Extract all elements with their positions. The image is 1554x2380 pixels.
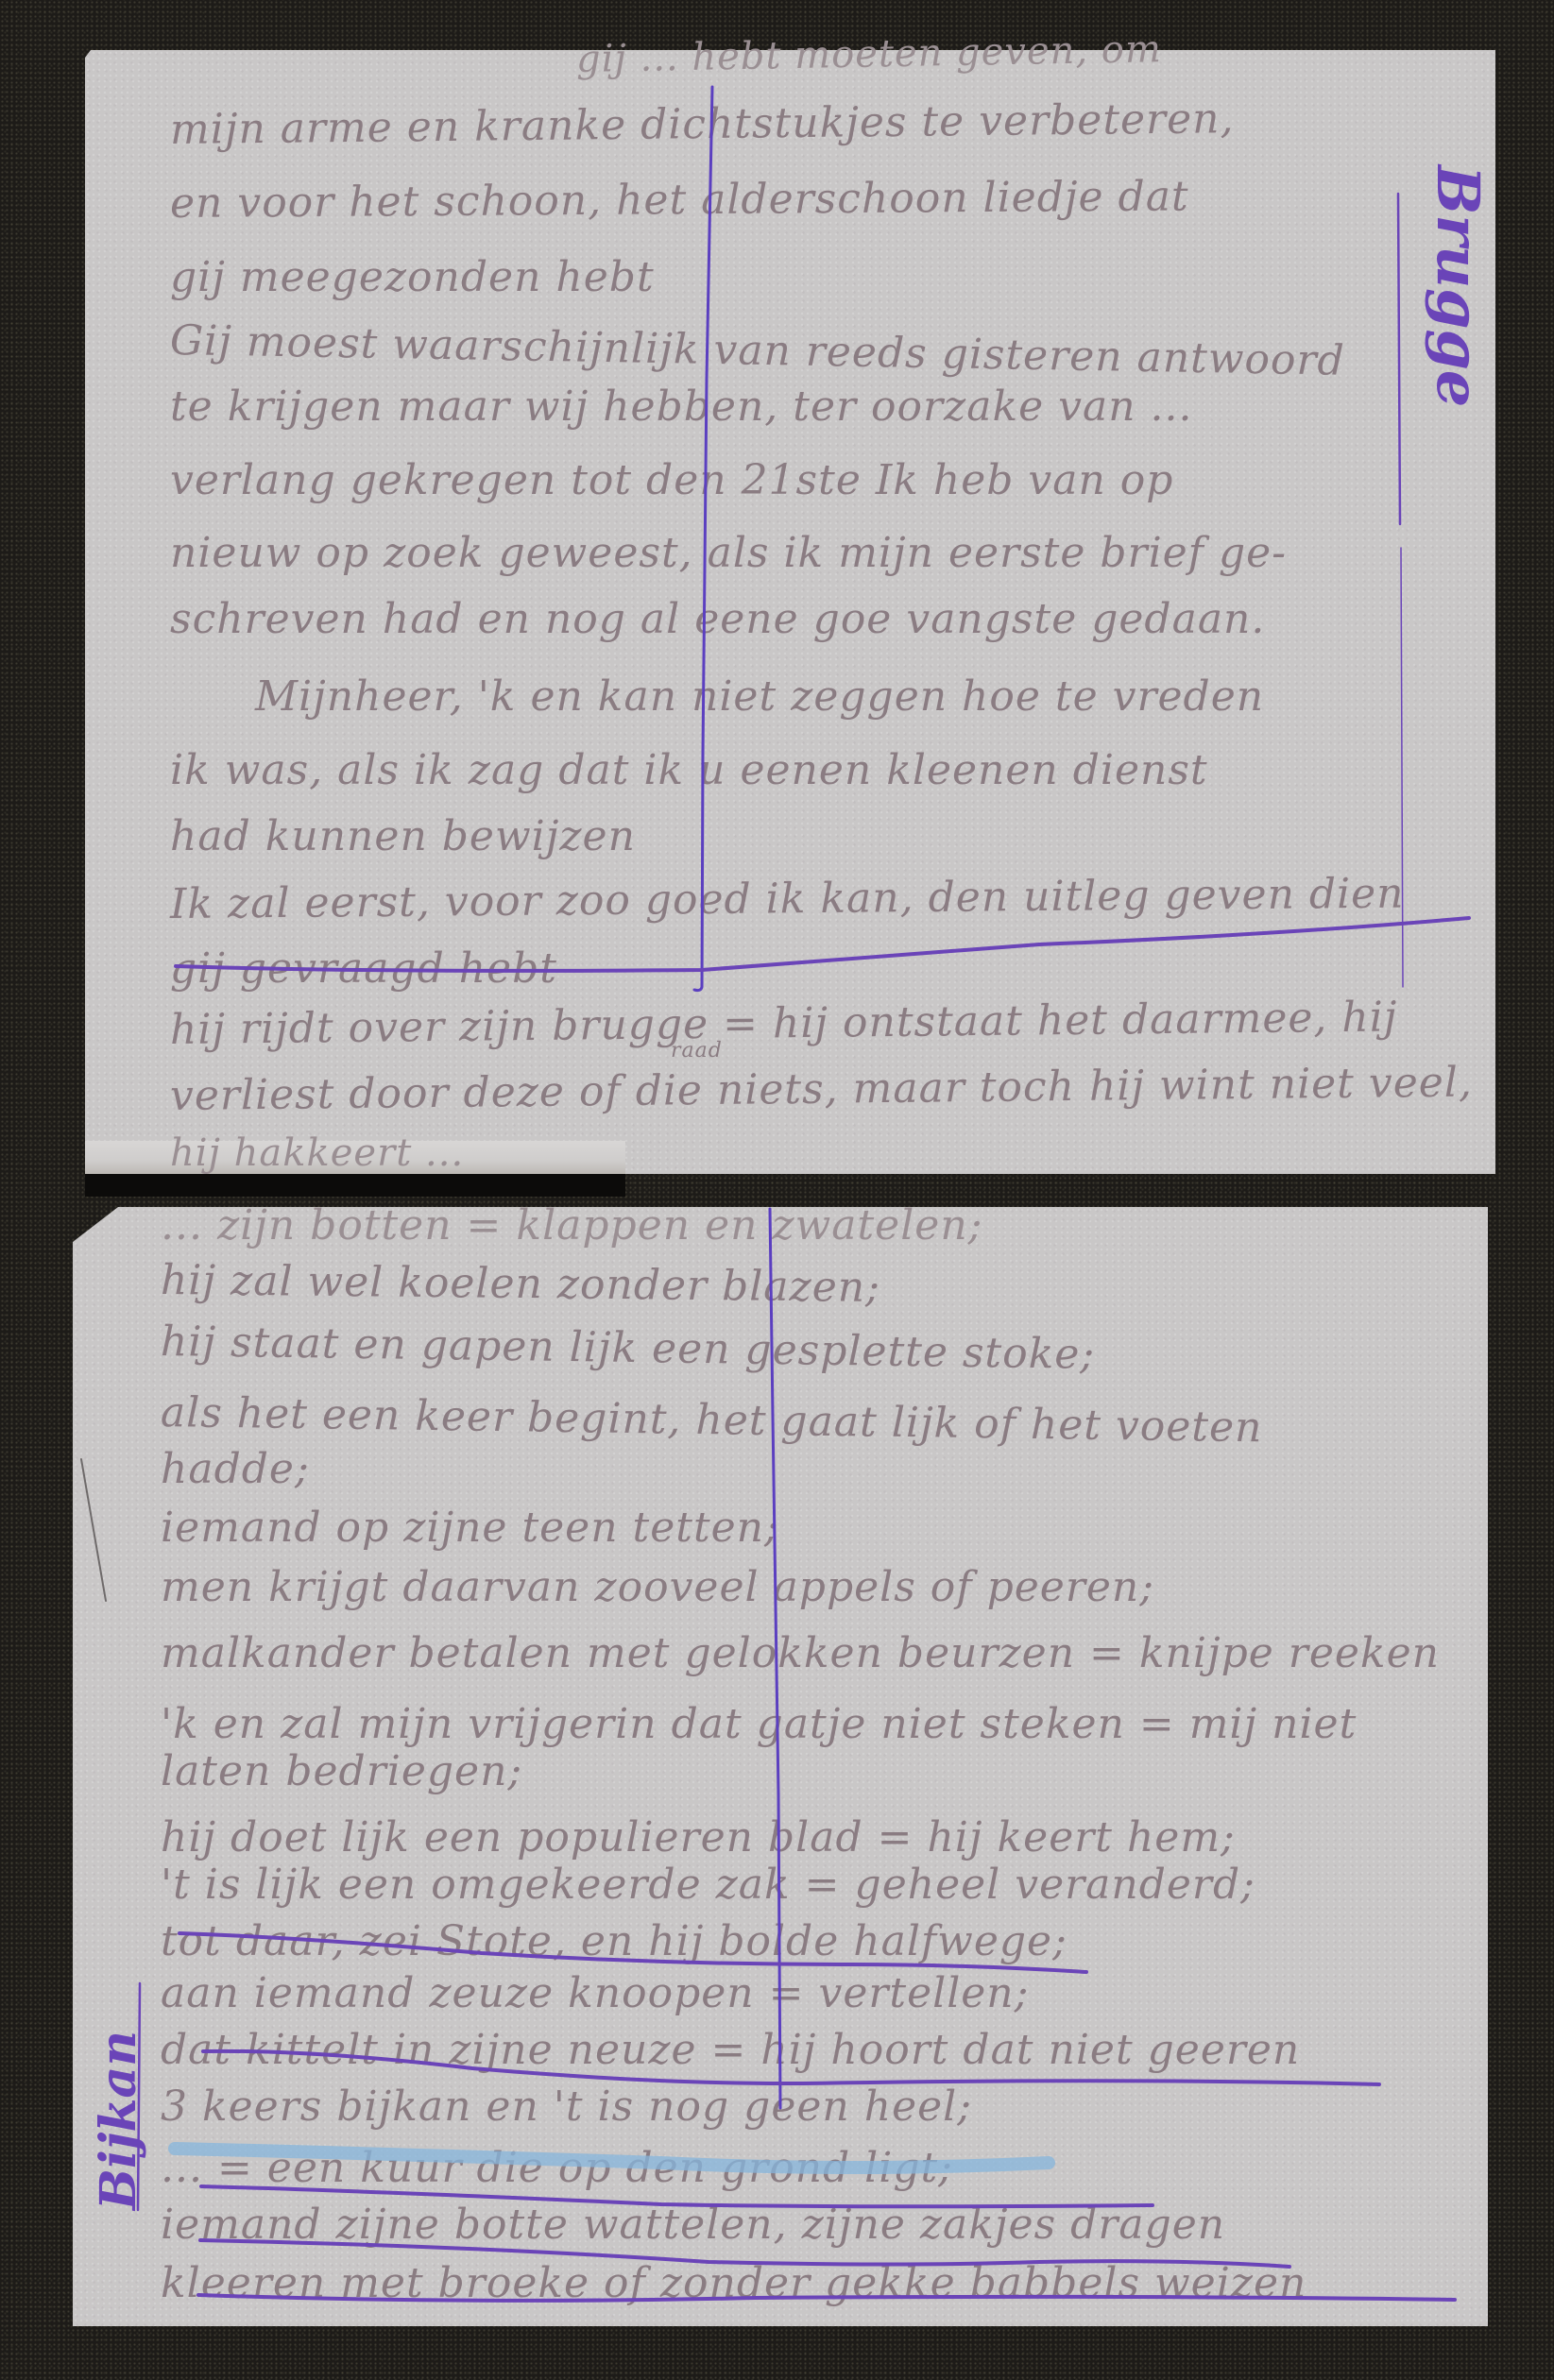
- flap-shadow: [85, 1174, 625, 1197]
- handwritten-line: malkander betalen met gelokken beurzen =…: [161, 1629, 1440, 1677]
- margin-note-bijkan: Bijkan: [90, 2031, 147, 2210]
- handwritten-line: ik was, als ik zag dat ik u eenen kleene…: [170, 746, 1208, 794]
- handwritten-line: verlang gekregen tot den 21ste Ik heb va…: [170, 456, 1173, 504]
- handwritten-line: laten bedriegen;: [161, 1747, 522, 1795]
- handwritten-line: aan iemand zeuze knoopen = vertellen;: [161, 1969, 1029, 2017]
- handwritten-line: gij meegezonden hebt: [170, 253, 655, 301]
- handwritten-line: en voor het schoon, het alderschoon lied…: [170, 172, 1189, 228]
- handwritten-line-struck: ... = een kuur die op den grond ligt;: [161, 2144, 953, 2192]
- handwritten-line: hij zal wel koelen zonder blazen;: [161, 1256, 880, 1312]
- handwritten-line-struck: iemand zijne botte wattelen, zijne zakje…: [161, 2201, 1225, 2249]
- handwritten-line: men krijgt daarvan zooveel appels of pee…: [161, 1563, 1154, 1611]
- handwritten-line: schreven had en nog al eene goe vangste …: [170, 595, 1265, 643]
- handwritten-line: hadde;: [161, 1445, 310, 1493]
- handwritten-line: ... zijn botten = klappen en zwatelen;: [161, 1201, 983, 1249]
- handwritten-line: 3 keers bijkan en 't is nog geen heel;: [161, 2082, 972, 2131]
- handwritten-line: hij hakkeert ...: [170, 1131, 464, 1175]
- handwritten-line: iemand op zijne teen tetten;: [161, 1504, 779, 1552]
- handwritten-line: nieuw op zoek geweest, als ik mijn eerst…: [170, 529, 1287, 577]
- handwritten-line-struck: dat kittelt in zijne neuze = hij hoort d…: [161, 2026, 1300, 2074]
- handwritten-line: gij gevraagd hebt: [170, 944, 557, 993]
- handwritten-line: had kunnen bewijzen: [170, 812, 636, 860]
- interlinear-insertion: raad: [671, 1039, 723, 1062]
- handwritten-line: Mijnheer, 'k en kan niet zeggen hoe te v…: [255, 672, 1264, 721]
- handwritten-line: hij doet lijk een populieren blad = hij …: [161, 1813, 1236, 1861]
- handwritten-line: 'k en zal mijn vrijgerin dat gatje niet …: [161, 1700, 1357, 1748]
- handwritten-line-struck: kleeren met broeke of zonder gekke babbe…: [161, 2259, 1306, 2307]
- margin-note-brugge: Brugge: [1424, 165, 1493, 407]
- handwritten-line: te krijgen maar wij hebben, ter oorzake …: [170, 382, 1193, 431]
- handwritten-line-struck: tot daar, zei Stote, en hij bolde halfwe…: [161, 1917, 1067, 1965]
- handwritten-line: 't is lijk een omgekeerde zak = geheel v…: [161, 1861, 1255, 1909]
